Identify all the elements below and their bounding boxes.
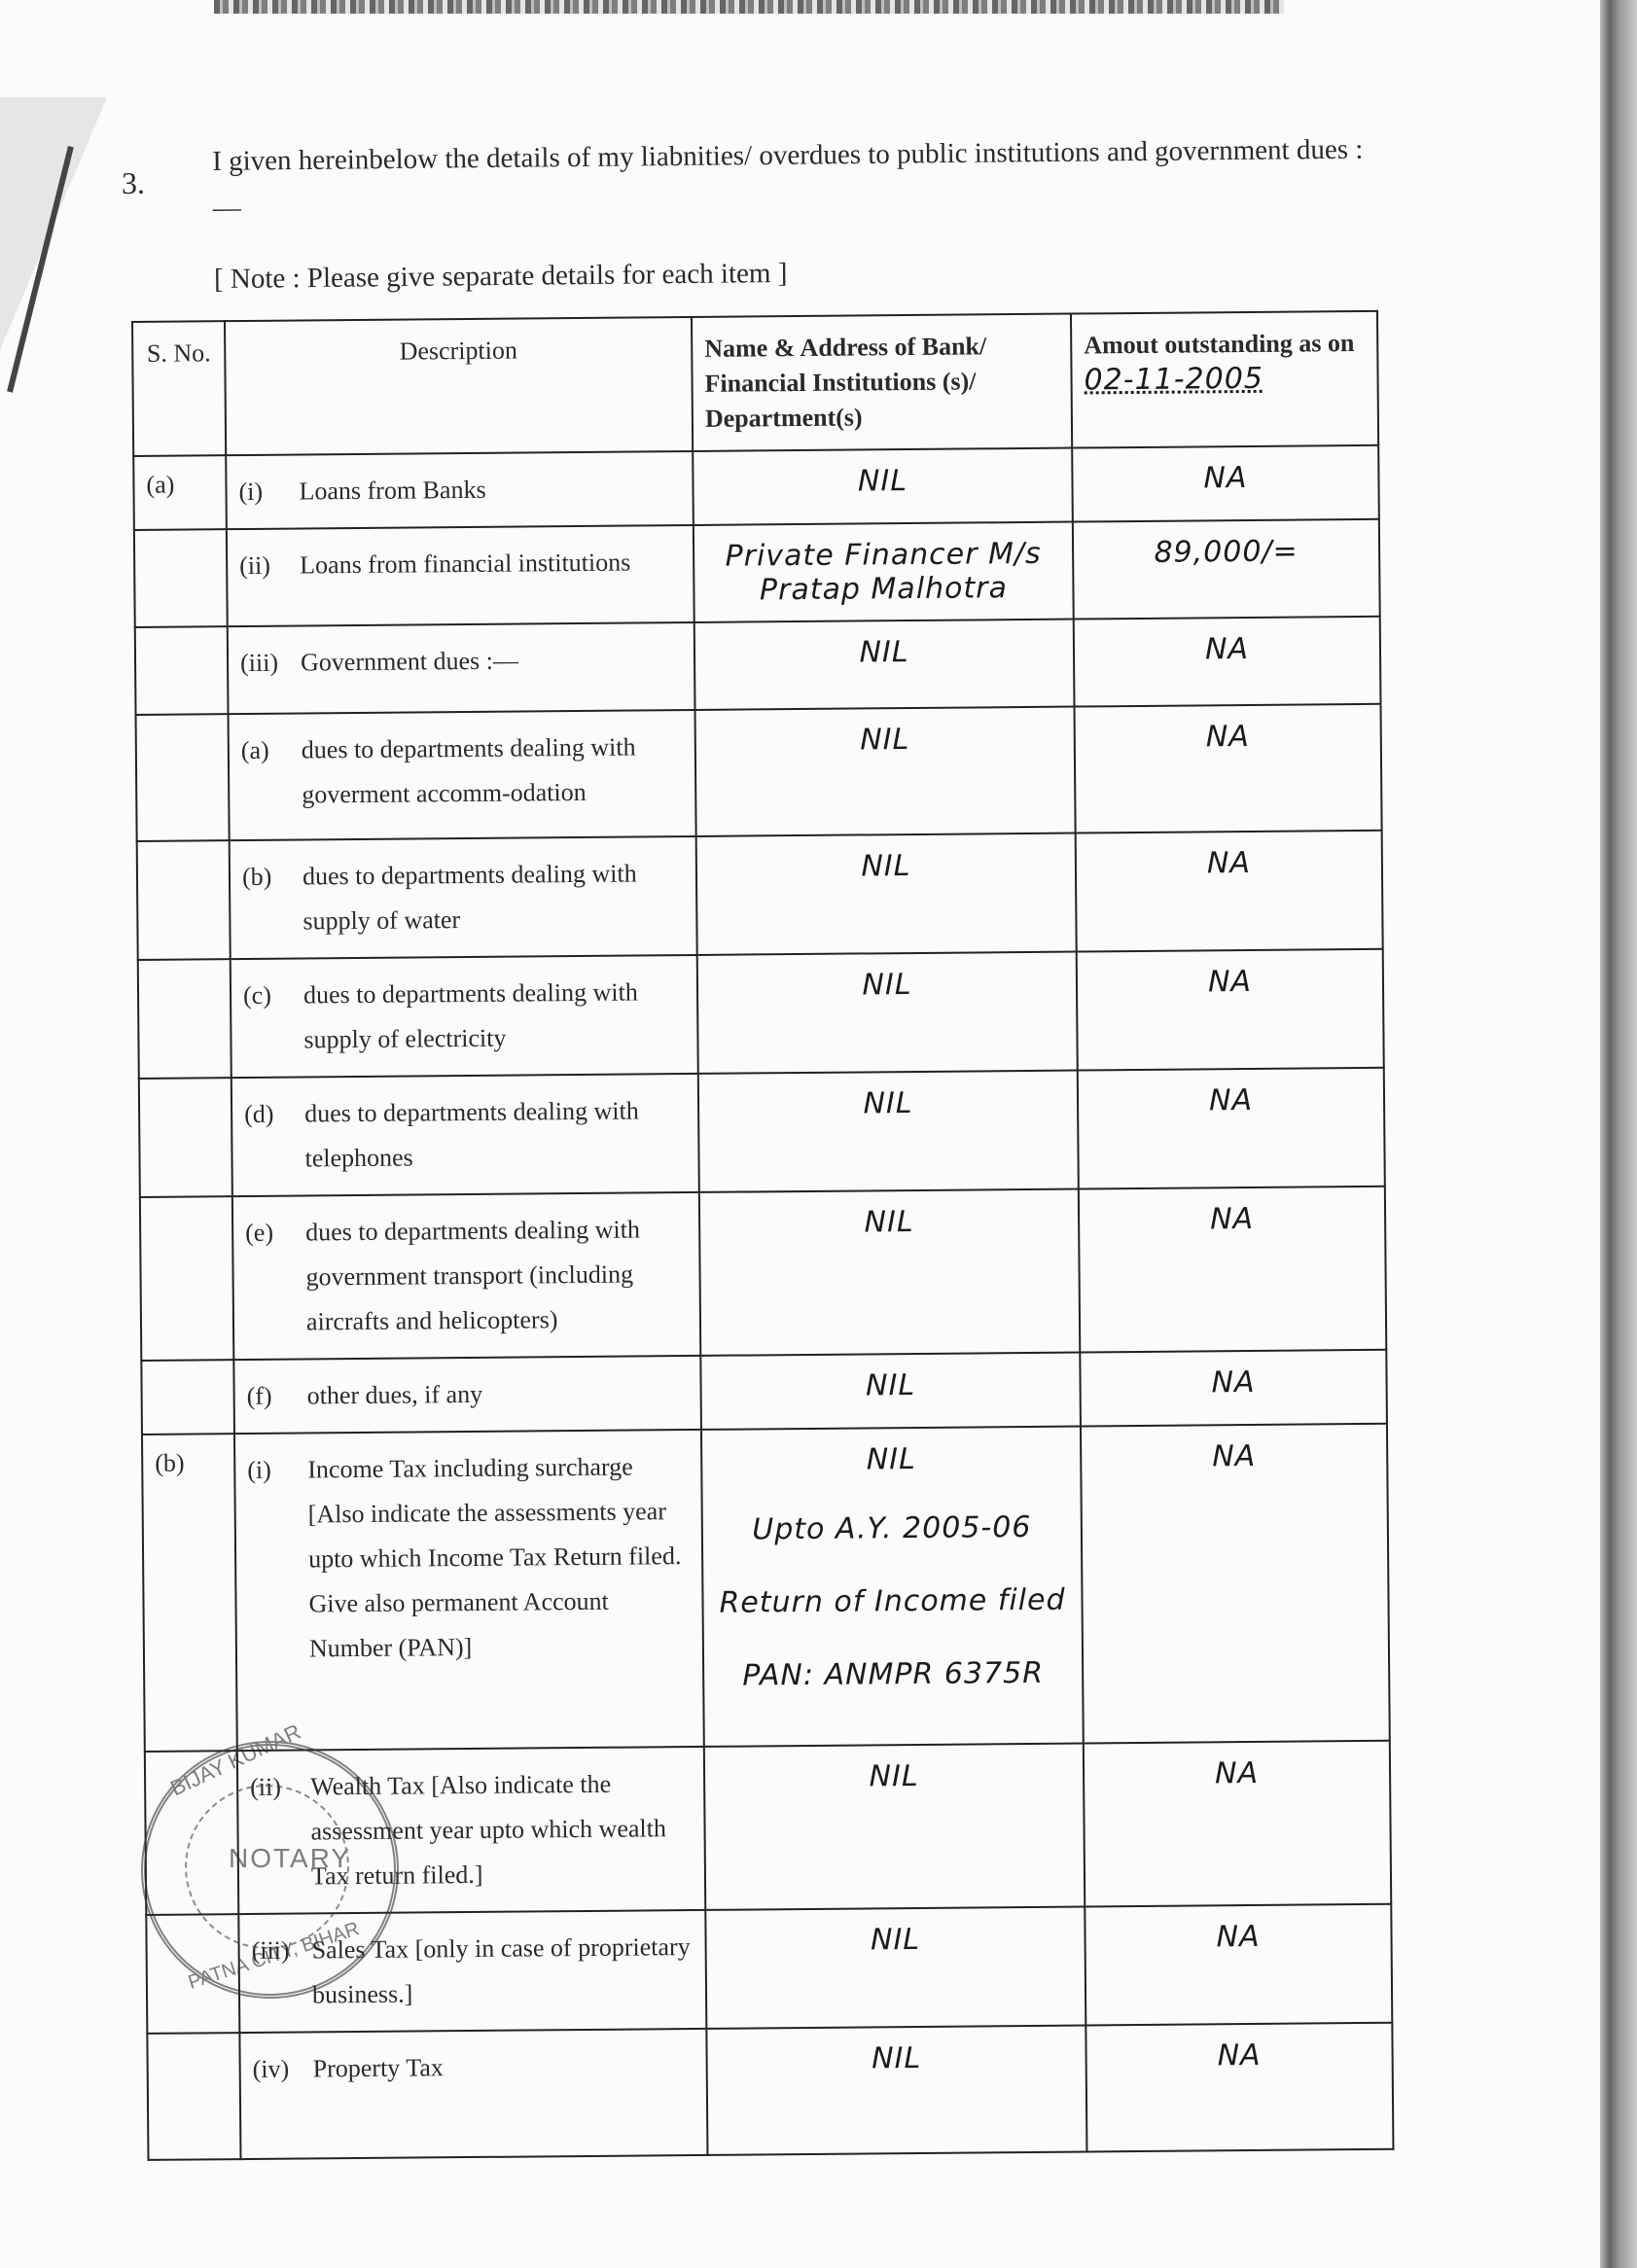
cell-amount: NA <box>1085 1904 1392 2026</box>
scan-artifact <box>214 0 1284 14</box>
cell-sno <box>137 840 231 960</box>
cell-description: (iii)Government dues :— <box>228 622 695 714</box>
cell-name-address: NILUpto A.Y. 2005-06Return of Income fil… <box>701 1427 1084 1747</box>
cell-description: (a)dues to departments dealing with gove… <box>229 710 696 840</box>
table-row: (e)dues to departments dealing with gove… <box>140 1187 1386 1361</box>
cell-sno <box>136 714 230 841</box>
cell-desc-text: Property Tax <box>312 2045 444 2091</box>
cell-name-address: NIL <box>693 448 1073 525</box>
cell-roman: (d) <box>244 1092 284 1182</box>
cell-name-address: NIL <box>705 1907 1085 2029</box>
cell-name-address: NIL <box>706 2026 1086 2155</box>
cell-sno <box>140 1196 233 1361</box>
cell-name-address: NIL <box>696 833 1077 955</box>
cell-sno <box>134 529 228 627</box>
cell-roman: (iii) <box>240 641 279 686</box>
cell-description: (f)other dues, if any <box>233 1356 701 1434</box>
cell-description: (i)Income Tax including surcharge [Also … <box>234 1430 704 1751</box>
cell-roman: (ii) <box>239 544 278 588</box>
cell-amount: NA <box>1076 831 1383 952</box>
header-name-address: Name & Address of Bank/ Financial Instit… <box>692 314 1072 451</box>
table-row: (b)dues to departments dealing with supp… <box>137 831 1383 960</box>
cell-amount: NA <box>1074 617 1381 707</box>
cell-roman: (a) <box>241 728 281 818</box>
header-description: Description <box>225 317 693 455</box>
cell-sno <box>135 626 229 715</box>
cell-desc-text: dues to departments dealing with governm… <box>305 1207 688 1344</box>
cell-name-address: NIL <box>700 1353 1081 1430</box>
cell-desc-text: dues to departments dealing with supply … <box>302 851 685 943</box>
cell-description: (c)dues to departments dealing with supp… <box>231 955 698 1078</box>
cell-amount: NA <box>1079 1187 1386 1353</box>
scan-edge <box>1600 0 1637 2268</box>
cell-roman: (f) <box>246 1374 285 1419</box>
cell-sno: (a) <box>133 455 227 530</box>
document-page: 3. I given hereinbelow the details of my… <box>0 0 1637 2268</box>
table-row: (d)dues to departments dealing with tele… <box>139 1068 1385 1197</box>
cell-description: (ii)Loans from financial institutions <box>227 525 694 626</box>
handwritten-line: Return of Income filed <box>715 1583 1069 1620</box>
cell-amount: NA <box>1084 1741 1391 1907</box>
table-row: (c)dues to departments dealing with supp… <box>138 949 1384 1079</box>
handwritten-line: NIL <box>714 1441 1068 1478</box>
cell-amount: NA <box>1081 1424 1390 1744</box>
header-sno: S. No. <box>132 321 226 456</box>
cell-name-address: NIL <box>698 1071 1079 1192</box>
cell-name-address: NIL <box>694 620 1075 710</box>
cell-roman: (b) <box>242 855 282 944</box>
header-amount-date: 02-11-2005 <box>1084 362 1263 398</box>
header-amount-label: Amout outstanding as on <box>1084 329 1354 359</box>
cell-sno <box>139 1078 232 1197</box>
cell-name-address: Private Financer M/s Pratap Malhotra <box>694 522 1074 622</box>
table-row: (a)dues to departments dealing with gove… <box>136 704 1382 841</box>
cell-description: (b)dues to departments dealing with supp… <box>230 836 697 959</box>
cell-roman: (iv) <box>252 2047 291 2092</box>
cell-description: (iv)Property Tax <box>239 2029 707 2159</box>
cell-desc-text: dues to departments dealing with supply … <box>303 970 686 1062</box>
cell-desc-text: dues to departments dealing with goverme… <box>302 725 684 817</box>
header-amount: Amout outstanding as on 02-11-2005 <box>1071 311 1378 448</box>
cell-name-address: NIL <box>704 1744 1085 1910</box>
cell-sno <box>138 959 231 1079</box>
stamp-center-text: NOTARY <box>229 1843 351 1874</box>
cell-name-address: NIL <box>697 952 1078 1074</box>
cell-sno <box>141 1360 234 1435</box>
handwritten-line: Upto A.Y. 2005-06 <box>715 1510 1069 1547</box>
table-header-row: S. No. Description Name & Address of Ban… <box>132 311 1378 456</box>
table-row: (iv)Property TaxNILNA <box>147 2023 1393 2160</box>
table-row: (ii)Loans from financial institutionsPri… <box>134 519 1380 627</box>
cell-amount: NA <box>1085 2023 1393 2152</box>
cell-amount: NA <box>1072 445 1379 522</box>
cell-description: (d)dues to departments dealing with tele… <box>231 1074 699 1196</box>
table-row: (a)(i)Loans from BanksNILNA <box>133 445 1379 530</box>
cell-roman: (i) <box>247 1448 288 1672</box>
cell-name-address: NIL <box>695 707 1076 836</box>
cell-amount: 89,000/= <box>1073 519 1380 620</box>
cell-name-address: NIL <box>699 1189 1080 1356</box>
cell-amount: NA <box>1080 1350 1387 1427</box>
item-number: 3. <box>122 165 145 201</box>
cell-desc-text: Government dues :— <box>301 639 518 686</box>
notary-stamp: BIJAY KUMAR NOTARY PATNA CITY, BIHAR <box>141 1741 399 1999</box>
cell-amount: NA <box>1078 1068 1385 1189</box>
cell-desc-text: Loans from financial institutions <box>300 541 630 588</box>
cell-roman: (c) <box>243 974 283 1063</box>
handwritten-line: PAN: ANMPR 6375R <box>716 1656 1070 1693</box>
cell-description: (e)dues to departments dealing with gove… <box>232 1192 700 1360</box>
note-text: [ Note : Please give separate details fo… <box>214 258 788 296</box>
cell-roman: (e) <box>245 1211 285 1345</box>
cell-desc-text: Income Tax including surcharge [Also ind… <box>307 1444 691 1671</box>
cell-sno: (b) <box>142 1434 237 1752</box>
cell-amount: NA <box>1074 704 1381 833</box>
cell-desc-text: other dues, if any <box>306 1372 482 1419</box>
cell-sno <box>147 2033 240 2160</box>
cell-desc-text: dues to departments dealing with telepho… <box>304 1088 687 1181</box>
intro-text: I given hereinbelow the details of my li… <box>212 125 1380 231</box>
cell-desc-text: Loans from Banks <box>299 468 485 514</box>
cell-roman: (i) <box>238 470 277 514</box>
table-row: (iii)Government dues :—NILNA <box>135 617 1381 715</box>
table-row: (b)(i)Income Tax including surcharge [Al… <box>142 1424 1390 1752</box>
cell-amount: NA <box>1077 949 1384 1071</box>
table-row: (f)other dues, if anyNILNA <box>141 1350 1387 1435</box>
cell-description: (i)Loans from Banks <box>226 451 694 529</box>
